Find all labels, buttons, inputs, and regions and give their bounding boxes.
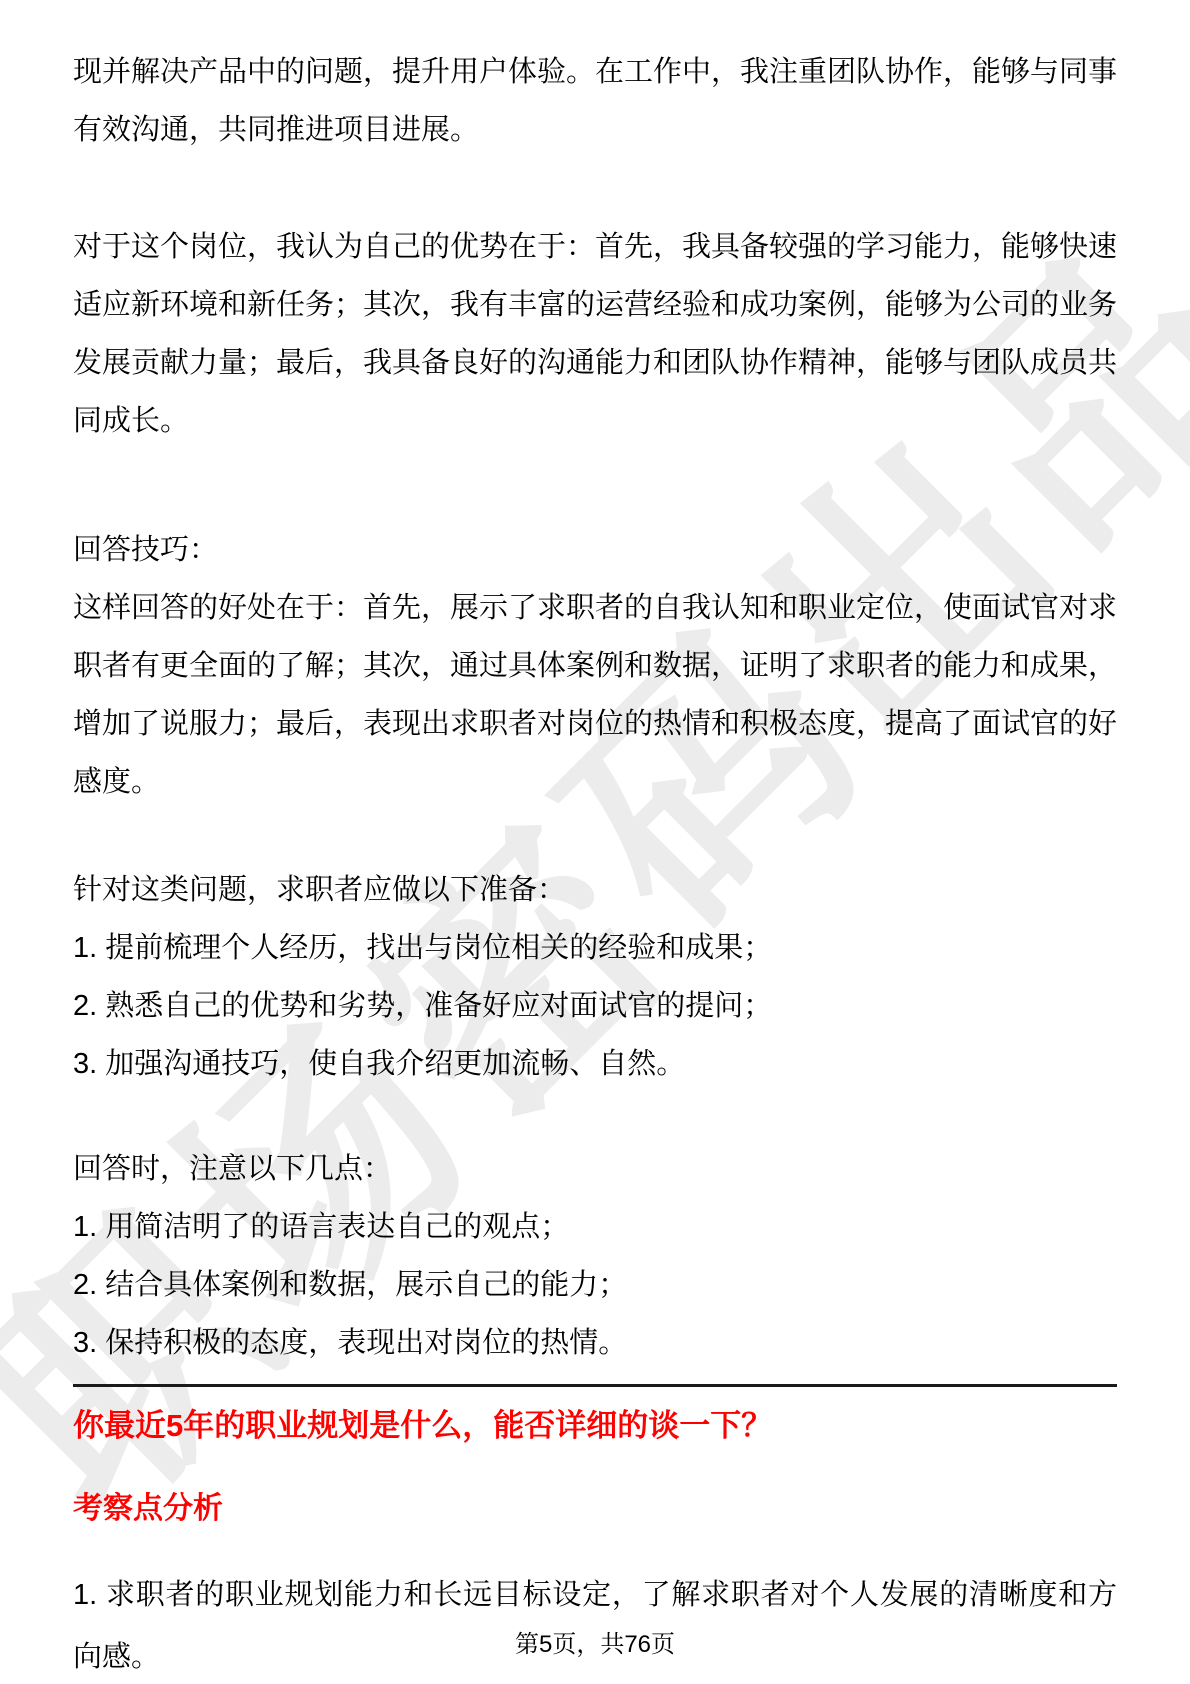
next-question-title: 你最近5年的职业规划是什么，能否详细的谈一下？: [73, 1399, 1117, 1453]
answering-item: 2. 结合具体案例和数据，展示自己的能力；: [73, 1256, 1117, 1314]
page-number-footer: 第5页，共76页: [0, 1624, 1190, 1659]
answer-tips-label: 回答技巧：: [73, 521, 1117, 579]
strengths-paragraph: 对于这个岗位，我认为自己的优势在于：首先，我具备较强的学习能力，能够快速适应新环…: [73, 218, 1117, 450]
answering-intro: 回答时，注意以下几点：: [73, 1140, 1117, 1198]
answering-item: 3. 保持积极的态度，表现出对岗位的热情。: [73, 1314, 1117, 1372]
document-page: 职场密码出品 现并解决产品中的问题，提升用户体验。在工作中，我注重团队协作，能够…: [0, 0, 1190, 1684]
preparation-item: 3. 加强沟通技巧，使自我介绍更加流畅、自然。: [73, 1035, 1117, 1093]
answer-tips-paragraph: 这样回答的好处在于：首先，展示了求职者的自我认知和职业定位，使面试官对求职者有更…: [73, 579, 1117, 811]
analysis-heading: 考察点分析: [73, 1484, 1117, 1534]
page-content: 现并解决产品中的问题，提升用户体验。在工作中，我注重团队协作，能够与同事有效沟通…: [0, 0, 1190, 1684]
preparation-item: 2. 熟悉自己的优势和劣势，准备好应对面试官的提问；: [73, 977, 1117, 1035]
preparation-item: 1. 提前梳理个人经历，找出与岗位相关的经验和成果；: [73, 919, 1117, 977]
preparation-intro: 针对这类问题，求职者应做以下准备：: [73, 861, 1117, 919]
section-divider: [73, 1384, 1117, 1387]
answering-item: 1. 用简洁明了的语言表达自己的观点；: [73, 1198, 1117, 1256]
continued-paragraph: 现并解决产品中的问题，提升用户体验。在工作中，我注重团队协作，能够与同事有效沟通…: [73, 43, 1117, 159]
